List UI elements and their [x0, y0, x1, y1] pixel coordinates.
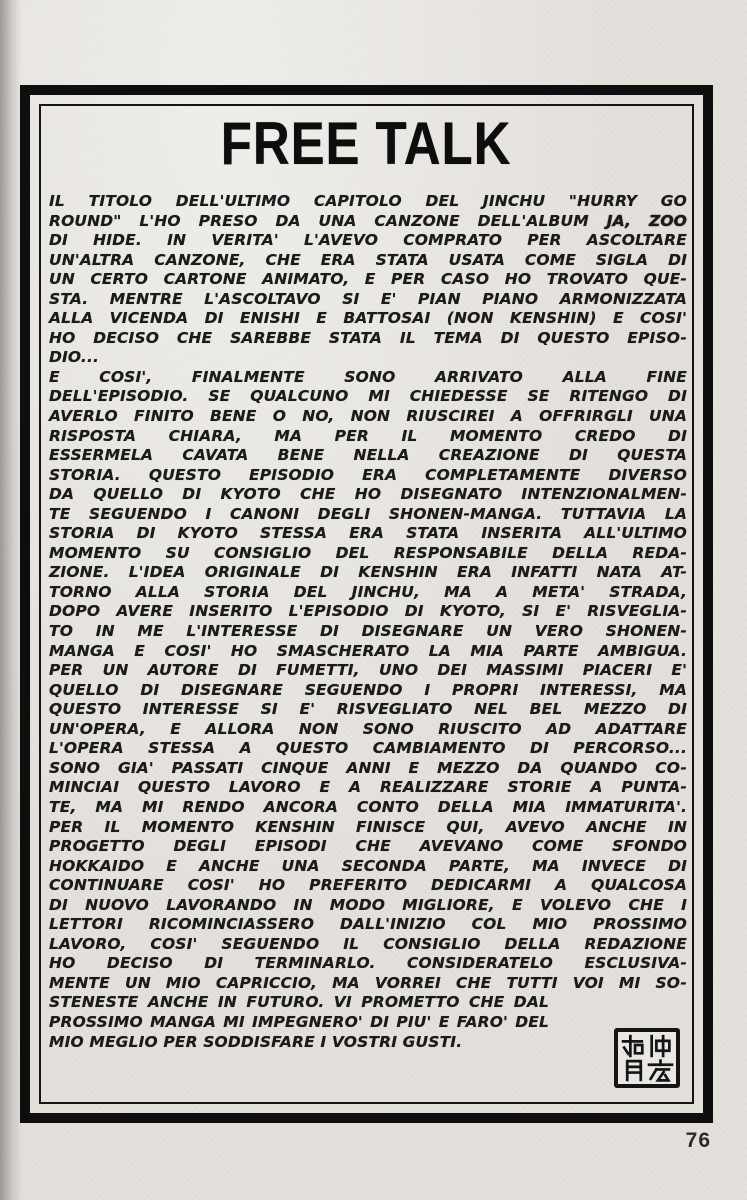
text-line: ZIONE. L'IDEA ORIGINALE DI KENSHIN ERA I…: [49, 563, 687, 583]
text-line: TE, MA MI RENDO ANCORA CONTO DELLA MIA I…: [49, 798, 687, 818]
text-line: DI HIDE. IN VERITA' L'AVEVO COMPRATO PER…: [49, 231, 687, 251]
text-line: MANGA E COSI' HO SMASCHERATO LA MIA PART…: [49, 642, 687, 662]
page-number: 76: [686, 1129, 711, 1153]
text-line: TORNO ALLA STORIA DEL JINCHU, MA A META'…: [49, 583, 687, 603]
text-line: LAVORO, COSI' SEGUENDO IL CONSIGLIO DELL…: [49, 935, 687, 955]
text-line: MOMENTO SU CONSIGLIO DEL RESPONSABILE DE…: [49, 544, 687, 564]
panel-inner-border: FREE TALK IL TITOLO DELL'ULTIMO CAPITOLO…: [39, 104, 694, 1104]
text-line: QUESTO INTERESSE SI E' RISVEGLIATO NEL B…: [49, 700, 687, 720]
text-line: PROSSIMO MANGA MI IMPEGNERO' DI PIU' E F…: [49, 1013, 549, 1033]
text-line: UN'ALTRA CANZONE, CHE ERA STATA USATA CO…: [49, 251, 687, 271]
text-line: HOKKAIDO E ANCHE UNA SECONDA PARTE, MA I…: [49, 857, 687, 877]
text-line: ESSERMELA CAVATA BENE NELLA CREAZIONE DI…: [49, 446, 687, 466]
text-line: E COSI', FINALMENTE SONO ARRIVATO ALLA F…: [49, 368, 687, 388]
text-line: LETTORI RICOMINCIASSERO DALL'INIZIO COL …: [49, 915, 687, 935]
text-line: DOPO AVERE INSERITO L'EPISODIO DI KYOTO,…: [49, 602, 687, 622]
text-line: TO IN ME L'INTERESSE DI DISEGNARE UN VER…: [49, 622, 687, 642]
text-line: RISPOSTA CHIARA, MA PER IL MOMENTO CREDO…: [49, 427, 687, 447]
binding-shadow: [0, 0, 22, 1200]
text-line: PROGETTO DEGLI EPISODI CHE AVEVANO COME …: [49, 837, 687, 857]
text-line: MIO MEGLIO PER SODDISFARE I VOSTRI GUSTI…: [49, 1033, 549, 1053]
text-line: PER IL MOMENTO KENSHIN FINISCE QUI, AVEV…: [49, 818, 687, 838]
text-line: DELL'EPISODIO. SE QUALCUNO MI CHIEDESSE …: [49, 387, 687, 407]
text-line: STORIA. QUESTO EPISODIO ERA COMPLETAMENT…: [49, 466, 687, 486]
page-title: FREE TALK: [221, 107, 512, 182]
text-line: CONTINUARE COSI' HO PREFERITO DEDICARMI …: [49, 876, 687, 896]
author-seal-icon: [614, 1028, 680, 1088]
text-line: DI NUOVO LAVORANDO IN MODO MIGLIORE, E V…: [49, 896, 687, 916]
text-line: DIO...: [49, 348, 687, 368]
text-line: UN'OPERA, E ALLORA NON SONO RIUSCITO AD …: [49, 720, 687, 740]
body-text: IL TITOLO DELL'ULTIMO CAPITOLO DEL JINCH…: [49, 192, 687, 1052]
text-line: AVERLO FINITO BENE O NO, NON RIUSCIREI A…: [49, 407, 687, 427]
text-line: MENTE UN MIO CAPRICCIO, MA VORREI CHE TU…: [49, 974, 687, 994]
text-line: TE SEGUENDO I CANONI DEGLI SHONEN-MANGA.…: [49, 505, 687, 525]
text-line: L'OPERA STESSA A QUESTO CAMBIAMENTO DI P…: [49, 739, 687, 759]
text-line: STORIA DI KYOTO STESSA ERA STATA INSERIT…: [49, 524, 687, 544]
text-line: QUELLO DI DISEGNARE SEGUENDO I PROPRI IN…: [49, 681, 687, 701]
text-line: DA QUELLO DI KYOTO CHE HO DISEGNATO INTE…: [49, 485, 687, 505]
text-line: ALLA VICENDA DI ENISHI E BATTOSAI (NON K…: [49, 309, 687, 329]
text-line: UN CERTO CARTONE ANIMATO, E PER CASO HO …: [49, 270, 687, 290]
title-row: FREE TALK: [41, 107, 692, 181]
text-line: SONO GIA' PASSATI CINQUE ANNI E MEZZO DA…: [49, 759, 687, 779]
text-line: HO DECISO CHE SAREBBE STATA IL TEMA DI Q…: [49, 329, 687, 349]
text-line: MINCIAI QUESTO LAVORO E A REALIZZARE STO…: [49, 778, 687, 798]
text-line: PER UN AUTORE DI FUMETTI, UNO DEI MASSIM…: [49, 661, 687, 681]
manga-page: FREE TALK IL TITOLO DELL'ULTIMO CAPITOLO…: [0, 0, 747, 1200]
text-line: STA. MENTRE L'ASCOLTAVO SI E' PIAN PIANO…: [49, 290, 687, 310]
text-line: HO DECISO DI TERMINARLO. CONSIDERATELO E…: [49, 954, 687, 974]
text-line: IL TITOLO DELL'ULTIMO CAPITOLO DEL JINCH…: [49, 192, 687, 212]
text-line: ROUND" L'HO PRESO DA UNA CANZONE DELL'AL…: [49, 212, 687, 232]
text-line: STENESTE ANCHE IN FUTURO. VI PROMETTO CH…: [49, 993, 549, 1013]
panel-frame: FREE TALK IL TITOLO DELL'ULTIMO CAPITOLO…: [20, 85, 713, 1123]
